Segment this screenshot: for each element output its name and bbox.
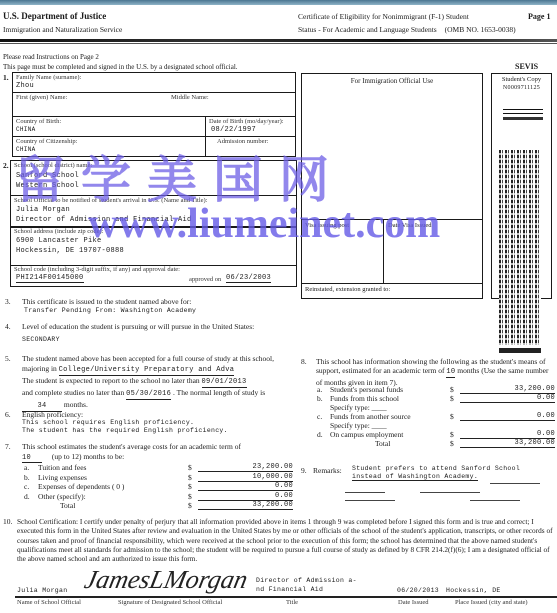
cost-row-amount: 0.00 (198, 492, 293, 501)
official-title-line1: Director of Admission a- (256, 577, 357, 584)
item5-major: College/University Preparatory and Adva (59, 365, 235, 376)
reinstated-label: Reinstated, extension granted to: (305, 286, 390, 293)
cost-row-amount: 0.00 (198, 482, 293, 491)
item5-report-date: 09/01/2013 (202, 377, 247, 388)
sevis-barcode (499, 150, 541, 345)
cost-row-letter: a. (24, 463, 29, 472)
currency-symbol: $ (188, 463, 192, 472)
family-name-label: Family Name (surname): (16, 74, 81, 81)
cost-row-letter: b. (24, 473, 30, 482)
student-copy-label: Student's Copy (492, 76, 551, 83)
item7-months: 10 (22, 454, 42, 463)
item7-text: This school estimates the student's aver… (22, 442, 241, 451)
support-row-label: Student's personal funds (330, 385, 403, 394)
cost-row-amount: 10,000.00 (198, 473, 293, 482)
school-address-line2: Hockessin, DE 19707-0888 (16, 247, 124, 255)
support-row-label: Funds from another source (330, 412, 411, 421)
caption-title: Title (286, 599, 298, 606)
item6-label: English proficiency: (22, 410, 83, 419)
support-row-label: Funds from this school (330, 394, 399, 403)
item8-number: 8. (301, 357, 307, 366)
cost-row-letter: d. (24, 492, 30, 501)
support-row-amount: 0.00 (460, 430, 555, 439)
currency-symbol: $ (450, 394, 454, 403)
sevis-label: SEVIS (515, 62, 538, 71)
item4-value: SECONDARY (22, 336, 60, 343)
official-title-line2: nd Financial Aid (256, 586, 323, 593)
specify-type-label: Specify type: ____ (330, 421, 387, 430)
approved-on-label: approved on (189, 276, 221, 283)
item5-complete-date: 05/30/2016 (126, 389, 171, 400)
approved-date: 06/23/2003 (226, 274, 271, 283)
cost-total-amount: 33,200.00 (198, 501, 293, 510)
currency-symbol: $ (188, 501, 192, 510)
official-use-title: For Immigration Official Use (302, 77, 482, 85)
specify-type-label: Specify type: ____ (330, 403, 387, 412)
currency-symbol: $ (450, 385, 454, 394)
item8-months: 10 (446, 368, 455, 378)
support-total-label: Total (375, 439, 390, 448)
omb-number: (OMB NO. 1653-0038) (445, 25, 516, 34)
support-row-letter: c. (317, 412, 322, 421)
official-name-value: Julia Morgan (17, 587, 67, 594)
item6-line1: This school requires English proficiency… (22, 419, 194, 426)
form-title-line2: Status - For Academic and Language Stude… (298, 25, 516, 34)
item6-number: 6. (5, 410, 11, 419)
item5-number: 5. (5, 354, 11, 363)
family-name-value: Zhou (16, 82, 34, 90)
window-top-edge (0, 0, 557, 5)
support-row-letter: d. (317, 430, 323, 439)
dob-value: 08/22/1997 (211, 126, 256, 134)
item4-number: 4. (5, 322, 11, 331)
caption-signature: Signature of Designated School Official (118, 599, 222, 606)
support-row-amount: 33,200.00 (460, 385, 555, 394)
currency-symbol: $ (450, 430, 454, 439)
middle-name-label: Middle Name: (171, 94, 209, 101)
country-birth-label: Country of Birth: (16, 118, 61, 125)
support-row-label: On campus employment (330, 430, 403, 439)
support-row-letter: b. (317, 394, 323, 403)
currency-symbol: $ (188, 482, 192, 491)
caption-date-issued: Date Issued (398, 599, 429, 606)
official-signature: JamesLMorgan (82, 565, 251, 595)
item7-number: 7. (5, 442, 11, 451)
item10-certification-text: School Certification: I certify under pe… (17, 517, 555, 563)
instructions-line1: Please read Instructions on Page 2 (3, 53, 99, 61)
item5-block: The student named above has been accepte… (22, 354, 292, 412)
cost-row-label: Expenses of dependents ( 0 ) (38, 482, 124, 491)
item1-number: 1. (3, 73, 9, 82)
cost-row-label: Other (specify): (38, 492, 86, 501)
cost-row-letter: c. (24, 482, 29, 491)
caption-official-name: Name of School Official (17, 599, 81, 606)
support-row-letter: a. (317, 385, 322, 394)
header-rule-thin (0, 43, 557, 44)
item9-number: 9. (301, 466, 307, 475)
support-row-amount: 0.00 (460, 394, 555, 403)
date-issued-value: 06/20/2013 (397, 587, 439, 594)
instructions-line2: This page must be completed and signed i… (3, 63, 238, 71)
item8-text-block: This school has information showing the … (316, 357, 554, 387)
item3-number: 3. (5, 297, 11, 306)
page-number: Page 1 (528, 12, 550, 21)
item6-line2: The student has the required English pro… (22, 427, 228, 434)
support-total-amount: 33,200.00 (460, 439, 555, 448)
item10-number: 10. (3, 517, 12, 526)
remarks-line2: instead of Washington Academy. (352, 473, 478, 481)
item2-number: 2. (3, 161, 9, 170)
school-code-value: PHI214F00145000 (16, 274, 84, 283)
item3-value: Transfer Pending From: Washington Academ… (24, 307, 196, 314)
item3-text: This certificate is issued to the studen… (22, 297, 191, 306)
barcode-footer (499, 348, 541, 353)
place-issued-value: Hockessin, DE (446, 587, 501, 594)
currency-symbol: $ (188, 492, 192, 501)
currency-symbol: $ (188, 473, 192, 482)
support-row-amount: 0.00 (460, 412, 555, 421)
dob-label: Date of Birth (mo/day/year): (209, 118, 284, 125)
school-code-label: School code (including 3-digit suffix, i… (14, 266, 180, 273)
sevis-id: N0009711125 (492, 85, 551, 91)
header-rule (0, 39, 557, 42)
remarks-label: Remarks: (313, 466, 342, 475)
caption-place-issued: Place Issued (city and state) (455, 599, 528, 606)
remarks-line1: Student prefers to attend Sanford School (352, 465, 520, 472)
agency-name: U.S. Department of Justice (3, 11, 106, 21)
cost-row-amount: 23,200.00 (198, 463, 293, 472)
currency-symbol: $ (450, 439, 454, 448)
cost-row-label: Living expenses (38, 473, 87, 482)
cost-row-label: Tuition and fees (38, 463, 86, 472)
first-name-label: First (given) Name: (16, 94, 67, 101)
cost-total-label: Total (60, 501, 75, 510)
form-title-line1: Certificate of Eligibility for Nonimmigr… (298, 12, 469, 21)
item4-text: Level of education the student is pursui… (22, 322, 254, 331)
service-name: Immigration and Naturalization Service (3, 25, 122, 34)
watermark-url: www.liumeinet.com (88, 200, 440, 248)
country-birth-value: CHINA (16, 126, 36, 133)
currency-symbol: $ (450, 412, 454, 421)
